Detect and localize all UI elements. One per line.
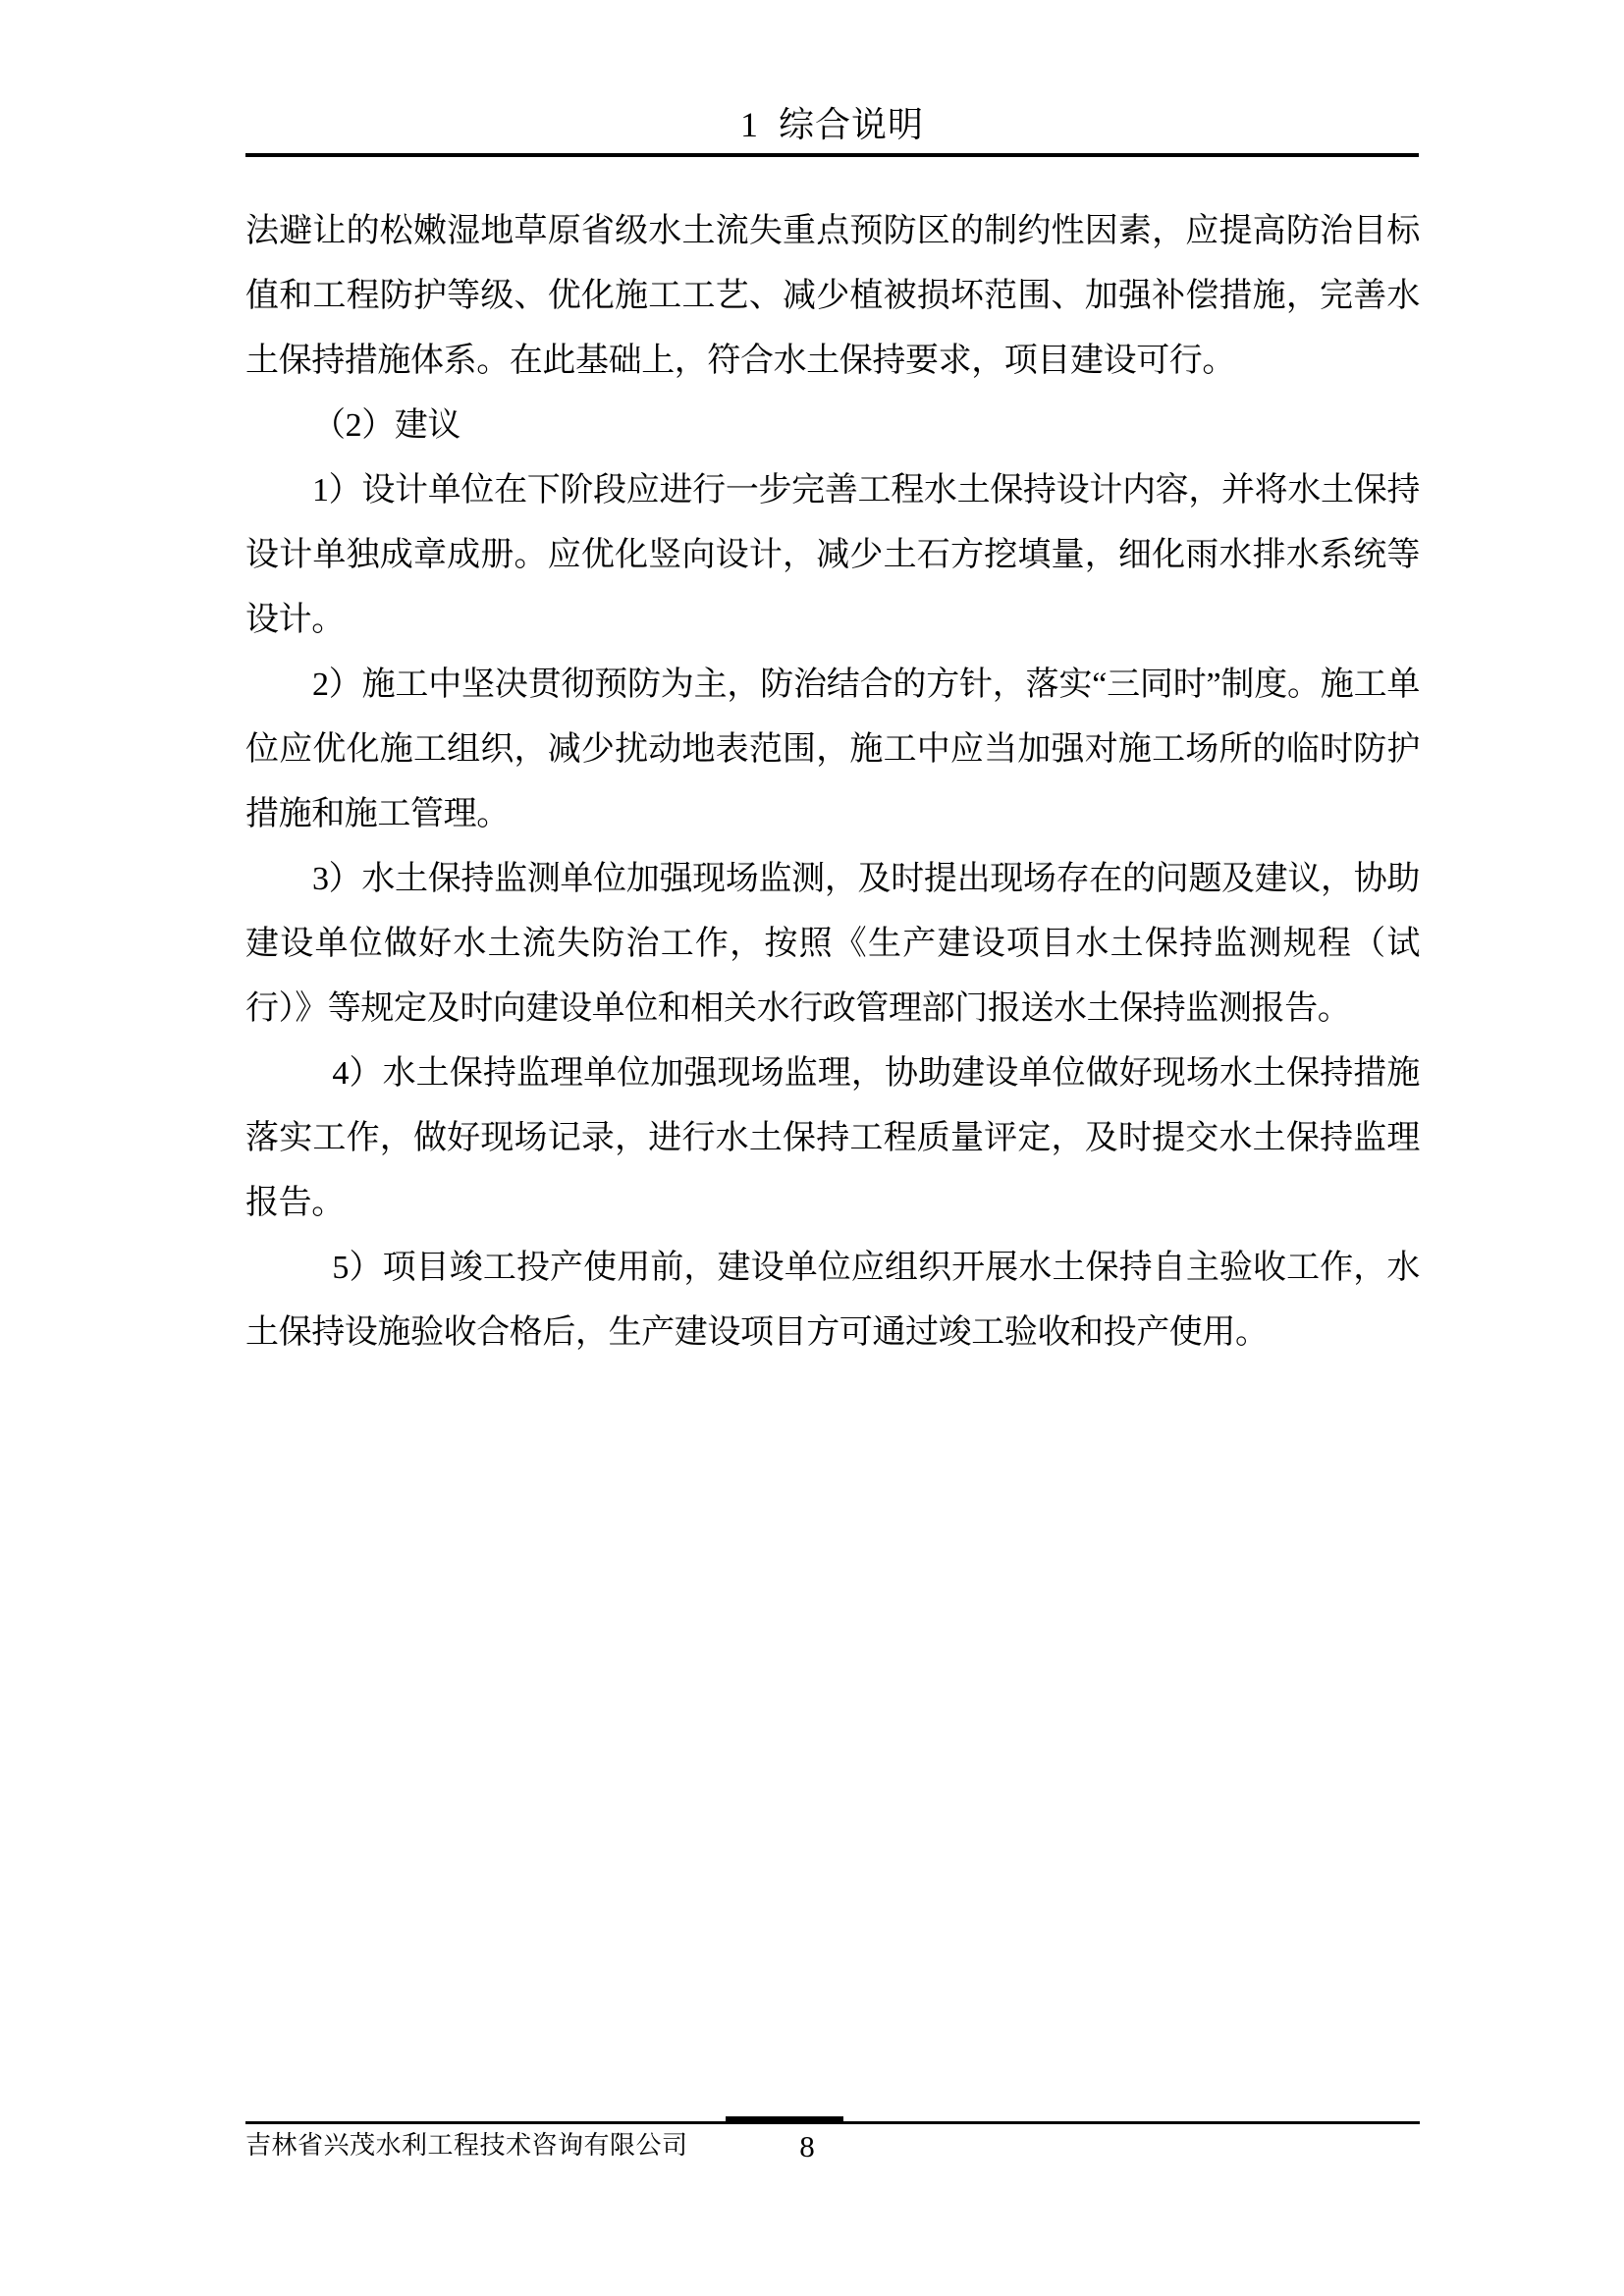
header-rule [245,153,1419,157]
paragraph: 1）设计单位在下阶段应进行一步完善工程水土保持设计内容，并将水土保持设计单独成章… [245,458,1420,653]
footer-company-name: 吉林省兴茂水利工程技术咨询有限公司 [245,2131,688,2161]
page-number: 8 [787,2130,827,2163]
paragraph: 5）项目竣工投产使用前，建设单位应组织开展水土保持自主验收工作，水土保持设施验收… [245,1236,1420,1365]
footer-rule-thick-segment [726,2116,843,2123]
paragraph: 3）水土保持监测单位加强现场监测，及时提出现场存在的问题及建议，协助建设单位做好… [245,847,1420,1041]
document-body: 法避让的松嫩湿地草原省级水土流失重点预防区的制约性因素，应提高防治目标值和工程防… [245,199,1420,1365]
paragraph: 4）水土保持监理单位加强现场监理，协助建设单位做好现场水土保持措施落实工作，做好… [245,1041,1420,1236]
page-header-title: 1 综合说明 [245,101,1419,148]
paragraph: 法避让的松嫩湿地草原省级水土流失重点预防区的制约性因素，应提高防治目标值和工程防… [245,199,1420,394]
paragraph: （2）建议 [245,394,1420,458]
paragraph: 2）施工中坚决贯彻预防为主，防治结合的方针，落实“三同时”制度。施工单位应优化施… [245,653,1420,847]
document-page: 1 综合说明 法避让的松嫩湿地草原省级水土流失重点预防区的制约性因素，应提高防治… [0,0,1624,2296]
